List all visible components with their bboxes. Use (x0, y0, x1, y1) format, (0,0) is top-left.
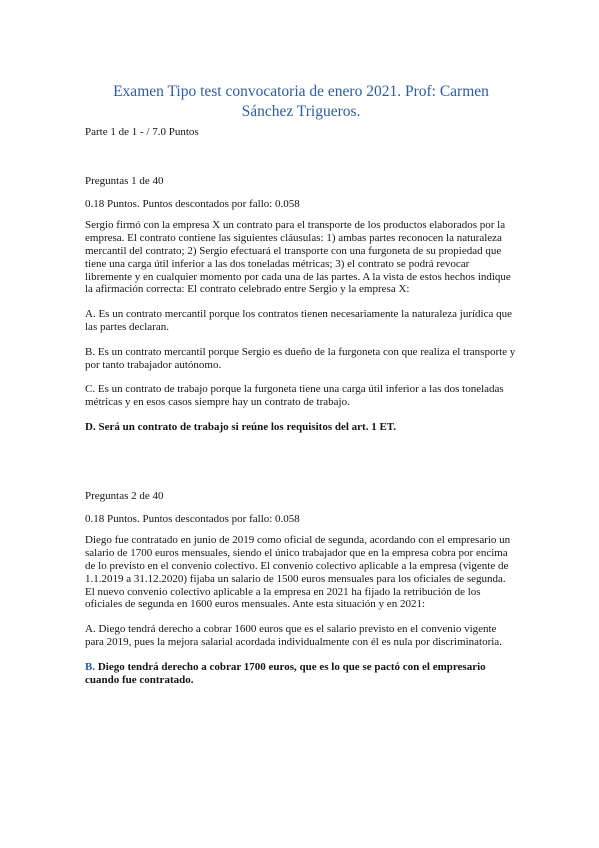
option-text: Es un contrato mercantil porque los cont… (85, 308, 512, 333)
page-title: Examen Tipo test convocatoria de enero 2… (92, 82, 510, 121)
question-1-option-c: C. Es un contrato de trabajo porque la f… (85, 383, 517, 409)
question-2-points: 0.18 Puntos. Puntos descontados por fall… (85, 513, 517, 526)
part-info: Parte 1 de 1 - / 7.0 Puntos (85, 126, 517, 139)
option-label: B. (85, 661, 95, 673)
option-label: D. (85, 421, 96, 433)
option-text: Es un contrato de trabajo porque la furg… (85, 383, 504, 408)
question-2-header: Preguntas 2 de 40 (85, 490, 517, 503)
option-text: Diego tendrá derecho a cobrar 1600 euros… (85, 623, 502, 648)
question-2-option-a: A. Diego tendrá derecho a cobrar 1600 eu… (85, 623, 517, 649)
option-text: Será un contrato de trabajo si reúne los… (98, 421, 396, 433)
question-1-option-b: B. Es un contrato mercantil porque Sergi… (85, 346, 517, 372)
question-1: Preguntas 1 de 40 0.18 Puntos. Puntos de… (85, 175, 517, 434)
option-text: Es un contrato mercantil porque Sergio e… (85, 346, 515, 371)
question-1-header: Preguntas 1 de 40 (85, 175, 517, 188)
question-2-body: Diego fue contratado en junio de 2019 co… (85, 534, 517, 611)
document-page: Examen Tipo test convocatoria de enero 2… (0, 0, 599, 848)
option-label: A. (85, 308, 96, 320)
option-label: A. (85, 623, 96, 635)
option-label: B. (85, 346, 95, 358)
option-label: C. (85, 383, 95, 395)
question-1-body: Sergio firmó con la empresa X un contrat… (85, 219, 517, 296)
question-2-option-b: B. Diego tendrá derecho a cobrar 1700 eu… (85, 661, 517, 687)
question-1-option-d: D. Será un contrato de trabajo si reúne … (85, 421, 517, 434)
option-text: Diego tendrá derecho a cobrar 1700 euros… (85, 661, 486, 686)
question-1-option-a: A. Es un contrato mercantil porque los c… (85, 308, 517, 334)
question-1-points: 0.18 Puntos. Puntos descontados por fall… (85, 198, 517, 211)
question-2: Preguntas 2 de 40 0.18 Puntos. Puntos de… (85, 490, 517, 687)
